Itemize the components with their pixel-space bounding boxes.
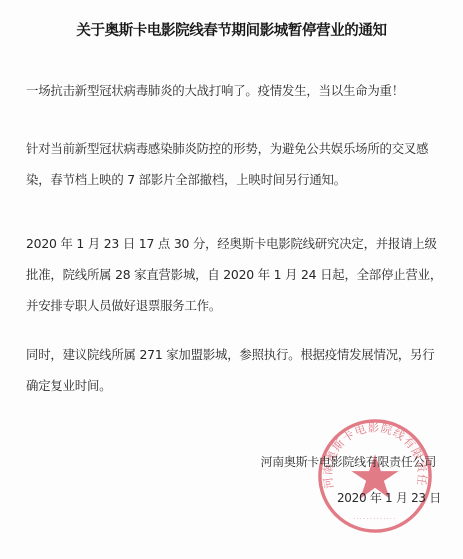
company-seal-icon: 河南奥斯卡电影院线有限责任公司 ·············: [316, 417, 434, 535]
paragraph-4: 同时，建议院线所属 271 家加盟影城，参照执行。根据疫情发展情况，另行确定复业…: [26, 339, 446, 401]
svg-text:·············: ·············: [353, 517, 397, 523]
signature-date: 2020 年 1 月 23 日: [337, 489, 441, 506]
signature-organization: 河南奥斯卡电影院线有限责任公司: [260, 453, 436, 470]
paragraph-2: 针对当前新型冠状病毒感染肺炎防控的形势，为避免公共娱乐场所的交叉感染，春节档上映…: [26, 133, 446, 195]
notice-title: 关于奥斯卡电影院线春节期间影城暂停营业的通知: [0, 19, 463, 40]
paragraph-3: 2020 年 1 月 23 日 17 点 30 分，经奥斯卡电影院线研究决定，并…: [26, 228, 446, 321]
paragraph-1: 一场抗击新型冠状病毒肺炎的大战打响了。疫情发生，当以生命为重！: [26, 75, 446, 106]
